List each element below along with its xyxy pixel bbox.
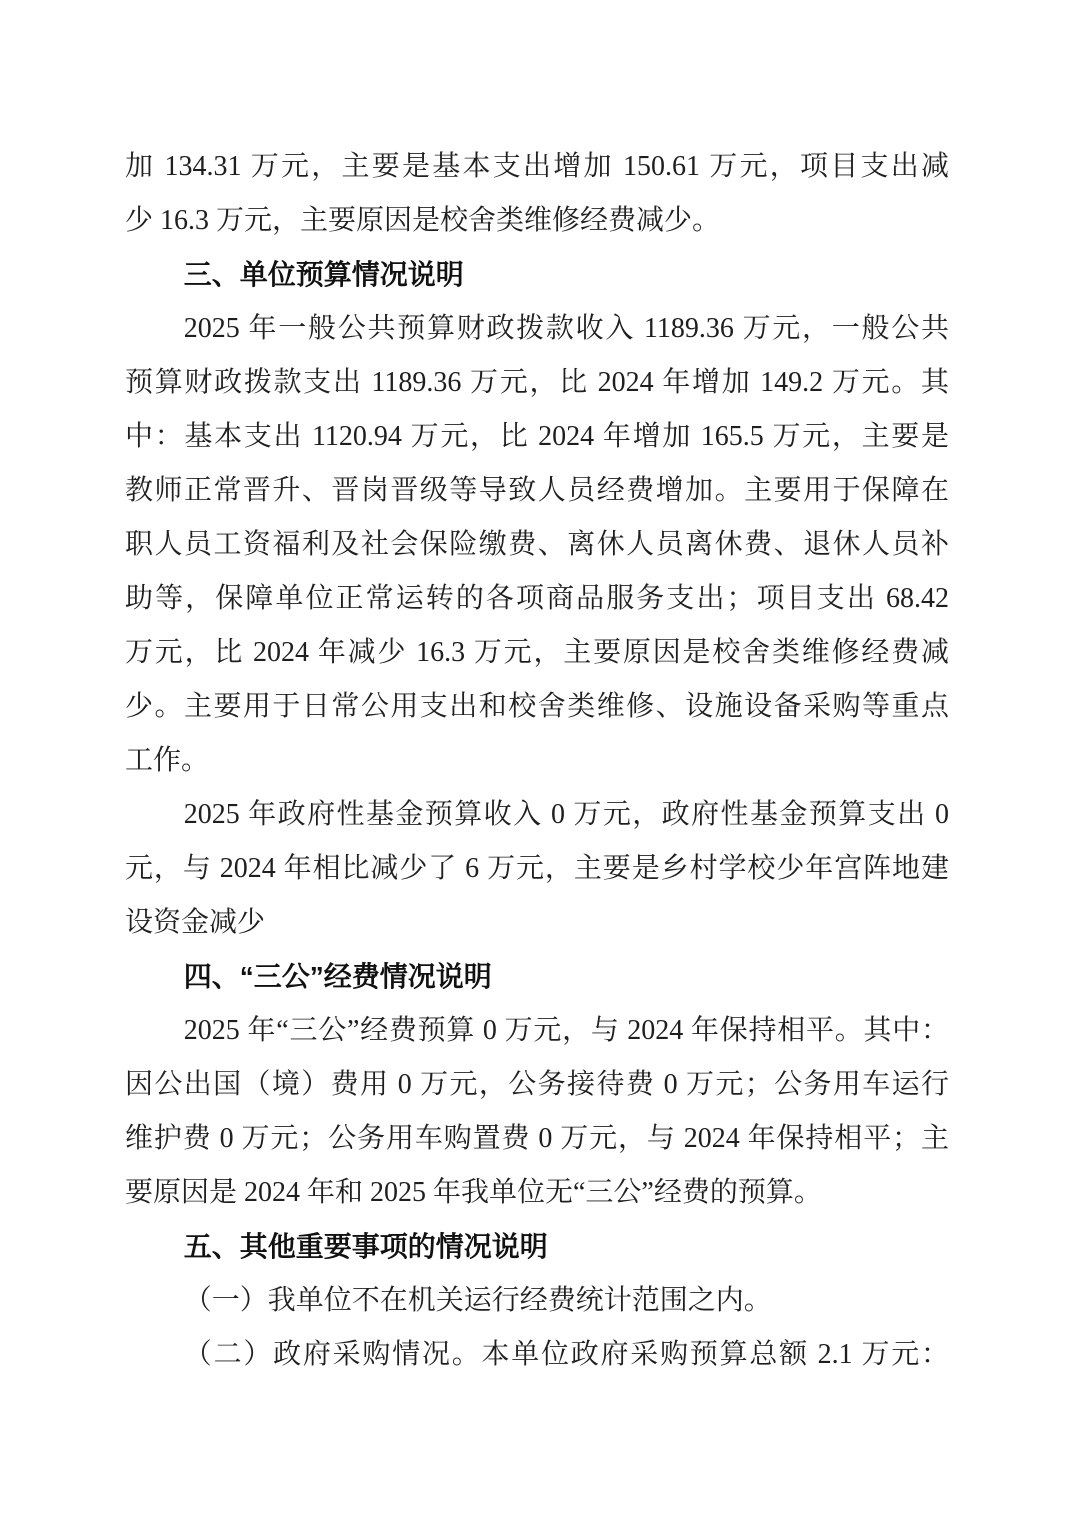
text-line: 少 16.3 万元，主要原因是校舍类维修经费减少。	[125, 194, 949, 248]
text-line: 加 134.31 万元，主要是基本支出增加 150.61 万元，项目支出减	[125, 140, 949, 194]
section-heading: 四、“三公”经费情况说明	[125, 950, 949, 1004]
text-line: 2025 年“三公”经费预算 0 万元，与 2024 年保持相平。其中：	[125, 1004, 949, 1058]
text-line: （二）政府采购情况。本单位政府采购预算总额 2.1 万元：	[125, 1328, 949, 1382]
section-heading: 五、其他重要事项的情况说明	[125, 1220, 949, 1274]
text-line: 设资金减少	[125, 896, 949, 950]
document-body: 加 134.31 万元，主要是基本支出增加 150.61 万元，项目支出减少 1…	[125, 140, 949, 1382]
text-line: 要原因是 2024 年和 2025 年我单位无“三公”经费的预算。	[125, 1166, 949, 1220]
text-line: 因公出国（境）费用 0 万元，公务接待费 0 万元；公务用车运行	[125, 1058, 949, 1112]
text-line: 2025 年政府性基金预算收入 0 万元，政府性基金预算支出 0	[125, 788, 949, 842]
text-line: 元，与 2024 年相比减少了 6 万元，主要是乡村学校少年宫阵地建	[125, 842, 949, 896]
document-page: 加 134.31 万元，主要是基本支出增加 150.61 万元，项目支出减少 1…	[0, 0, 1074, 1520]
text-line: 中：基本支出 1120.94 万元，比 2024 年增加 165.5 万元，主要…	[125, 410, 949, 464]
text-line: （一）我单位不在机关运行经费统计范围之内。	[125, 1274, 949, 1328]
text-line: 预算财政拨款支出 1189.36 万元，比 2024 年增加 149.2 万元。…	[125, 356, 949, 410]
text-line: 工作。	[125, 734, 949, 788]
text-line: 助等，保障单位正常运转的各项商品服务支出；项目支出 68.42	[125, 572, 949, 626]
text-line: 职人员工资福利及社会保险缴费、离休人员离休费、退休人员补	[125, 518, 949, 572]
text-line: 万元，比 2024 年减少 16.3 万元，主要原因是校舍类维修经费减	[125, 626, 949, 680]
text-line: 2025 年一般公共预算财政拨款收入 1189.36 万元，一般公共	[125, 302, 949, 356]
text-line: 维护费 0 万元；公务用车购置费 0 万元，与 2024 年保持相平；主	[125, 1112, 949, 1166]
text-line: 教师正常晋升、晋岗晋级等导致人员经费增加。主要用于保障在	[125, 464, 949, 518]
text-line: 少。主要用于日常公用支出和校舍类维修、设施设备采购等重点	[125, 680, 949, 734]
section-heading: 三、单位预算情况说明	[125, 248, 949, 302]
